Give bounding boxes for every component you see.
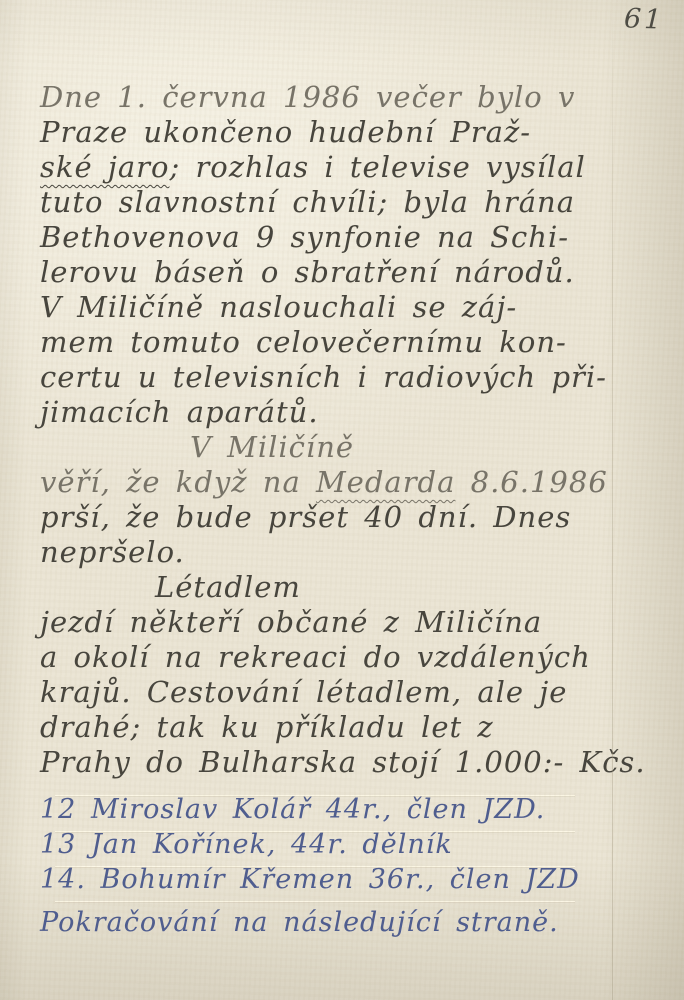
handwriting-line: ské jaro; rozhlas i televise vysílal bbox=[40, 150, 652, 185]
handwriting-line: lerovu báseň o sbratření národů. bbox=[40, 255, 652, 290]
handwriting-text: Dne 1. června 1986 večer bylo vPraze uko… bbox=[40, 80, 652, 940]
handwriting-line: prší, že bude pršet 40 dní. Dnes bbox=[40, 500, 652, 535]
handwriting-segment: prší, že bude pršet 40 dní. Dnes bbox=[40, 500, 571, 534]
handwriting-line: Dne 1. června 1986 večer bylo v bbox=[40, 80, 652, 115]
handwriting-line: Praze ukončeno hudební Praž- bbox=[40, 115, 652, 150]
handwriting-segment: 12 Miroslav Kolář 44r., člen JZD. bbox=[40, 794, 545, 825]
handwriting-segment: jimacích aparátů. bbox=[40, 395, 319, 429]
chronicle-page: 61 Dne 1. června 1986 večer bylo vPraze … bbox=[0, 0, 684, 1000]
handwriting-line: krajů. Cestování létadlem, ale je bbox=[40, 675, 652, 710]
handwriting-segment: certu u televisních i radiových při- bbox=[40, 360, 607, 394]
handwriting-segment: V Miličíně bbox=[190, 430, 354, 464]
handwriting-line: certu u televisních i radiových při- bbox=[40, 360, 652, 395]
handwriting-line: mem tomuto celovečernímu kon- bbox=[40, 325, 652, 360]
handwriting-segment: drahé; tak ku příkladu let z bbox=[40, 710, 494, 744]
handwriting-line: V Miličíně naslouchali se záj- bbox=[40, 290, 652, 325]
handwriting-line: 14. Bohumír Křemen 36r., člen JZD bbox=[40, 862, 652, 897]
handwriting-segment: Bethovenova 9 synfonie na Schi- bbox=[40, 220, 569, 254]
handwriting-line: 12 Miroslav Kolář 44r., člen JZD. bbox=[40, 792, 652, 827]
handwriting-segment: krajů. Cestování létadlem, ale je bbox=[40, 675, 567, 709]
handwriting-segment: jezdí někteří občané z Miličína bbox=[40, 605, 542, 639]
handwriting-segment: 8.6.1986 bbox=[455, 465, 607, 499]
handwriting-line: nepršelo. bbox=[40, 535, 652, 570]
pencil-guideline bbox=[55, 831, 575, 832]
pencil-guideline bbox=[55, 901, 575, 902]
handwriting-line: drahé; tak ku příkladu let z bbox=[40, 710, 652, 745]
handwriting-segment: věří, že když na bbox=[40, 465, 316, 499]
pencil-guideline bbox=[55, 795, 575, 796]
handwriting-segment: tuto slavnostní chvíli; byla hrána bbox=[40, 185, 575, 219]
handwriting-segment: Létadlem bbox=[155, 570, 301, 604]
handwriting-segment: Prahy do Bulharska stojí 1.000:- Kčs. bbox=[40, 745, 646, 779]
handwriting-segment: lerovu báseň o sbratření národů. bbox=[40, 255, 575, 289]
handwriting-segment: 13 Jan Kořínek, 44r. dělník bbox=[40, 829, 453, 860]
handwriting-segment: Dne 1. června 1986 večer bylo v bbox=[40, 80, 575, 114]
handwriting-line: věří, že když na Medarda 8.6.1986 bbox=[40, 465, 652, 500]
underlined-phrase: Medarda bbox=[316, 465, 455, 499]
handwriting-segment: nepršelo. bbox=[40, 535, 185, 569]
handwriting-line: jezdí někteří občané z Miličína bbox=[40, 605, 652, 640]
handwriting-segment: Praze ukončeno hudební Praž- bbox=[40, 115, 531, 149]
handwriting-segment: 14. Bohumír Křemen 36r., člen JZD bbox=[40, 864, 580, 895]
handwriting-line: a okolí na rekreaci do vzdálených bbox=[40, 640, 652, 675]
handwriting-line: Prahy do Bulharska stojí 1.000:- Kčs. bbox=[40, 745, 652, 780]
page-number: 61 bbox=[623, 3, 664, 35]
handwriting-segment: Pokračování na následující straně. bbox=[40, 907, 559, 938]
handwriting-line: Pokračování na následující straně. bbox=[40, 905, 652, 940]
handwriting-segment: ; rozhlas i televise vysílal bbox=[169, 150, 585, 184]
page-crease bbox=[612, 0, 613, 1000]
handwriting-segment: V Miličíně naslouchali se záj- bbox=[40, 290, 517, 324]
handwriting-segment: mem tomuto celovečernímu kon- bbox=[40, 325, 567, 359]
handwriting-line: Létadlem bbox=[40, 570, 652, 605]
handwriting-segment: a okolí na rekreaci do vzdálených bbox=[40, 640, 591, 674]
handwriting-line: V Miličíně bbox=[40, 430, 652, 465]
handwriting-line: tuto slavnostní chvíli; byla hrána bbox=[40, 185, 652, 220]
underlined-phrase: ské jaro bbox=[40, 150, 169, 184]
handwriting-line: 13 Jan Kořínek, 44r. dělník bbox=[40, 827, 652, 862]
pencil-guideline bbox=[55, 866, 575, 867]
handwriting-line: jimacích aparátů. bbox=[40, 395, 652, 430]
handwriting-line: Bethovenova 9 synfonie na Schi- bbox=[40, 220, 652, 255]
